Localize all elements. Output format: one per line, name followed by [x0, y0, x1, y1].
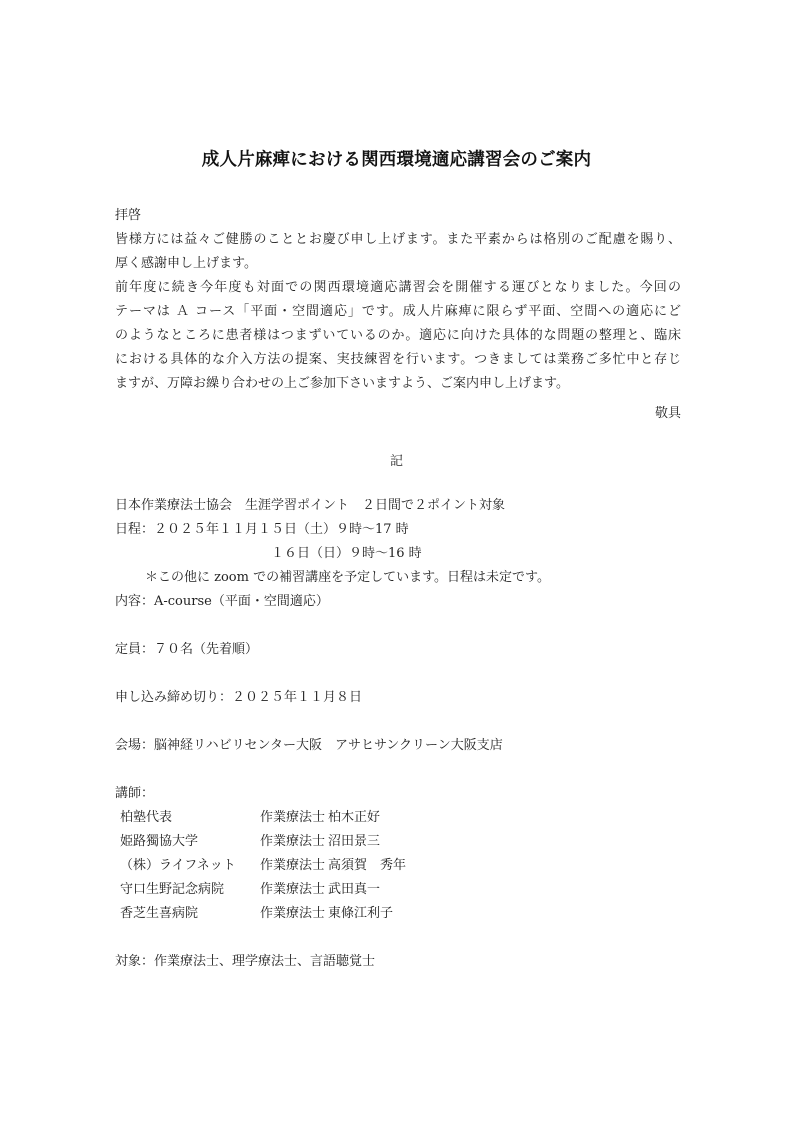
lecturer-row: 姫路獨協大学 作業療法士 沼田景三: [120, 830, 406, 854]
target-audience: 対象：作業療法士、理学療法士、言語聴覚士: [115, 954, 375, 970]
lecturer-affiliation: 姫路獨協大学: [120, 830, 260, 854]
greeting-line: 厚く感謝申し上げます。: [115, 252, 681, 276]
content-info: 内容：A-course（平面・空間適応）: [115, 594, 329, 610]
body-line: テーマは Ａ コース「平面・空間適応」です。成人片麻痺に限らず平面、空間への適応…: [115, 300, 681, 324]
schedule-note: ＊この他に zoom での補習講座を予定しています。日程は未定です。: [145, 570, 550, 586]
lecturer-affiliation: （株）ライフネット: [120, 854, 260, 878]
body-line: のようなところに患者様はつまずいているのか。適応に向けた具体的な問題の整理と、臨…: [115, 324, 681, 348]
capacity-info: 定員：７０名（先着順）: [115, 642, 258, 658]
lecturer-name: 東條江利子: [328, 902, 393, 926]
salutation: 拝啓: [115, 208, 141, 224]
body-line: 前年度に続き今年度も対面での関西環境適応講習会を開催する運びとなりました。今回の: [115, 276, 681, 300]
lecturer-role: 作業療法士: [260, 878, 328, 902]
lecturer-role: 作業療法士: [260, 902, 328, 926]
lecturers-label: 講師：: [115, 786, 154, 802]
body-paragraph: 前年度に続き今年度も対面での関西環境適応講習会を開催する運びとなりました。今回の…: [115, 276, 681, 396]
venue-info: 会場：脳神経リハビリセンター大阪 アサヒサンクリーン大阪支店: [115, 738, 503, 754]
lecturer-name: 武田真一: [328, 878, 380, 902]
points-info: 日本作業療法士協会 生涯学習ポイント ２日間で２ポイント対象: [115, 498, 505, 514]
closing: 敬具: [655, 402, 681, 421]
lecturer-affiliation: 香芝生喜病院: [120, 902, 260, 926]
lecturer-name: 柏木正好: [328, 806, 380, 830]
greeting-line: 皆様方には益々ご健勝のこととお慶び申し上げます。また平素からは格別のご配慮を賜り…: [115, 228, 681, 252]
body-line: ますが、万障お繰り合わせの上ご参加下さいますよう、ご案内申し上げます。: [115, 372, 681, 396]
body-line: における具体的な介入方法の提案、実技練習を行います。つきましては業務ご多忙中と存…: [115, 348, 681, 372]
lecturer-affiliation: 守口生野記念病院: [120, 878, 260, 902]
lecturer-name: 沼田景三: [328, 830, 380, 854]
lecturer-row: 柏塾代表 作業療法士 柏木正好: [120, 806, 406, 830]
lecturers-list: 柏塾代表 作業療法士 柏木正好 姫路獨協大学 作業療法士 沼田景三 （株）ライフ…: [120, 806, 406, 926]
lecturer-role: 作業療法士: [260, 806, 328, 830]
deadline-info: 申し込み締め切り：２０２５年１１月８日: [115, 690, 362, 706]
lecturer-affiliation: 柏塾代表: [120, 806, 260, 830]
document-title: 成人片麻痺における関西環境適応講習会のご案内: [0, 146, 793, 171]
ki-heading: 記: [0, 450, 793, 469]
document-page: 成人片麻痺における関西環境適応講習会のご案内 拝啓 皆様方には益々ご健勝のことと…: [0, 0, 793, 1123]
lecturer-row: 香芝生喜病院 作業療法士 東條江利子: [120, 902, 406, 926]
lecturer-role: 作業療法士: [260, 854, 328, 878]
lecturer-role: 作業療法士: [260, 830, 328, 854]
schedule-day1: 日程：２０２５年１１月１５日（土）９時～17 時: [115, 522, 409, 538]
greeting-paragraph: 皆様方には益々ご健勝のこととお慶び申し上げます。また平素からは格別のご配慮を賜り…: [115, 228, 681, 276]
schedule-day2: １６日（日）９時～16 時: [271, 546, 422, 562]
lecturer-row: （株）ライフネット 作業療法士 高須賀 秀年: [120, 854, 406, 878]
lecturer-name: 高須賀 秀年: [328, 854, 406, 878]
lecturer-row: 守口生野記念病院 作業療法士 武田真一: [120, 878, 406, 902]
